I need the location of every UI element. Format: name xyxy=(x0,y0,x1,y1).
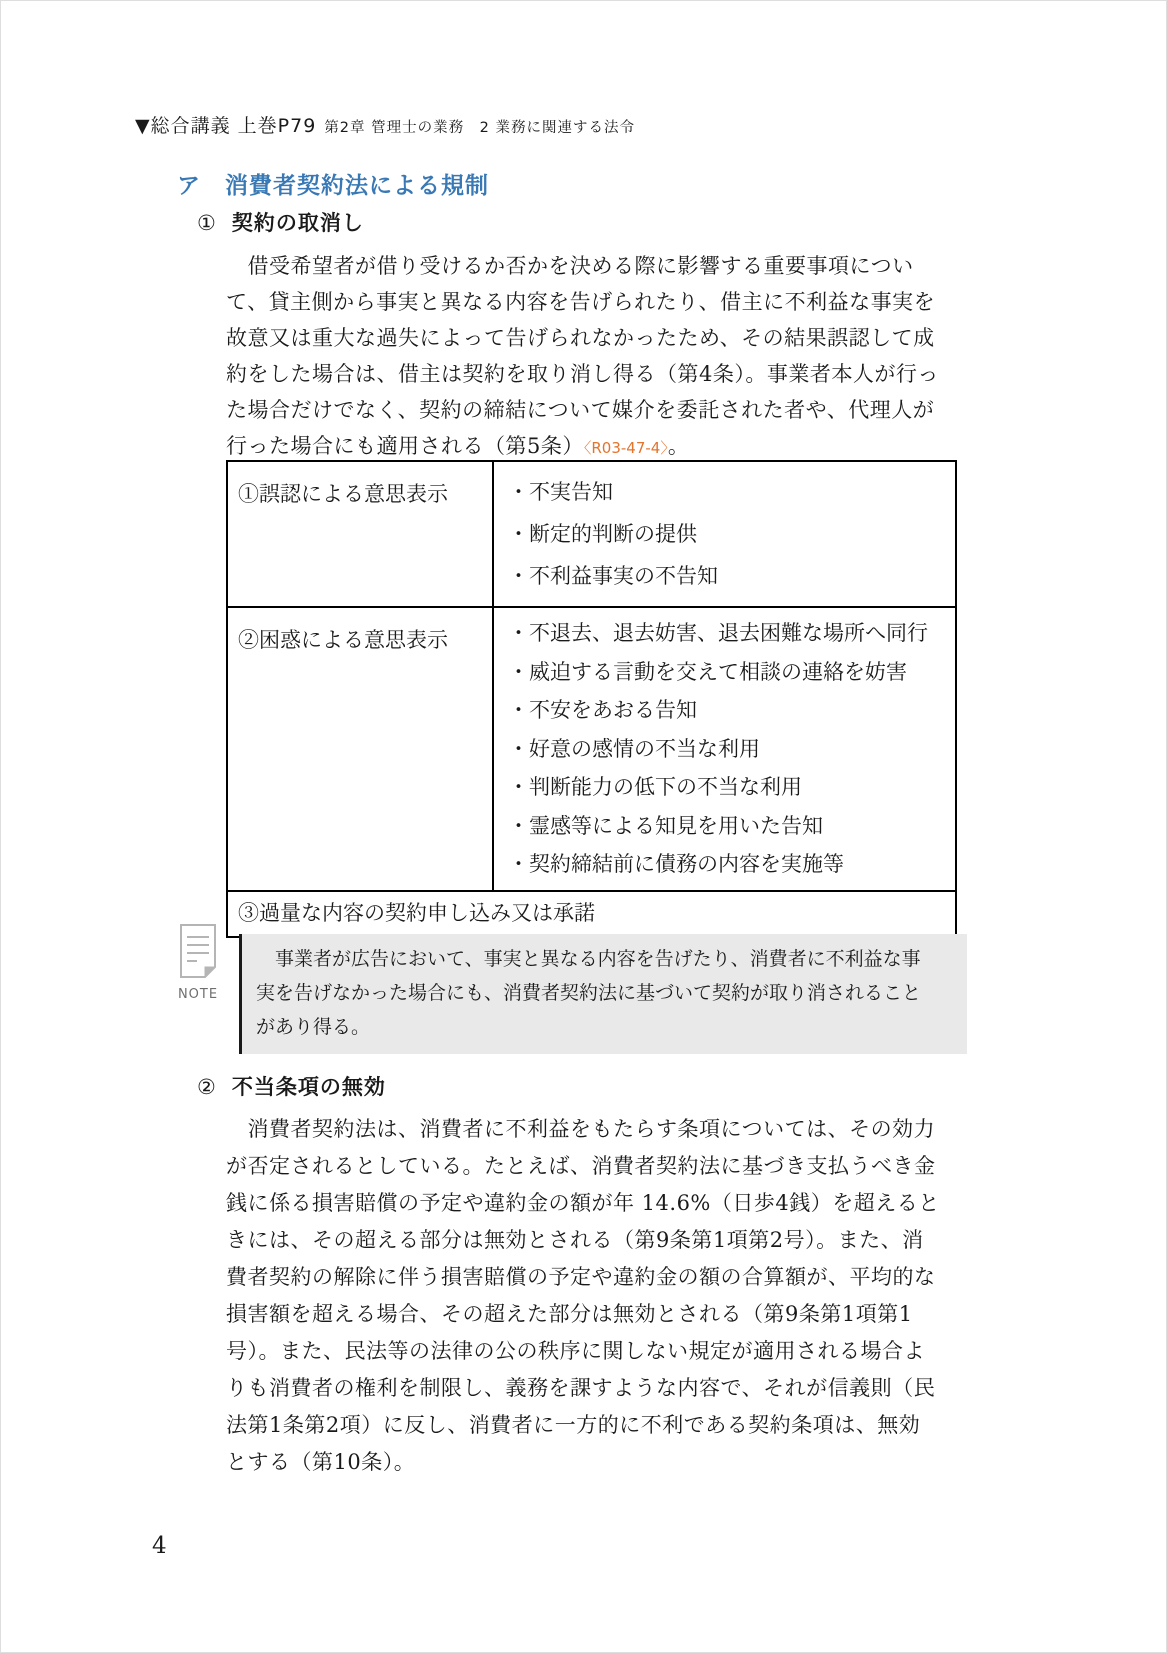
text-line: が否定されるとしている。たとえば、消費者契約法に基づき支払うべき金 xyxy=(226,1148,968,1185)
text-line: 損害額を超える場合、その超えた部分は無効とされる（第9条第1項第1 xyxy=(226,1296,968,1333)
text-line: きには、その超える部分は無効とされる（第9条第1項第2号）。また、消 xyxy=(226,1222,968,1259)
text-line: た場合だけでなく、契約の締結について媒介を委託された者や、代理人が xyxy=(226,392,968,428)
text-line: 費者契約の解除に伴う損害賠償の予定や違約金の額の合算額が、平均的な xyxy=(226,1259,968,1296)
line-text: 行った場合にも適用される（第5条） xyxy=(226,434,584,458)
line-text: 。 xyxy=(668,434,690,458)
exam-reference-tag: 〈R03-47-4〉 xyxy=(584,439,668,457)
text-line: ・判断能力の低下の不当な利用 xyxy=(508,768,949,807)
note-icon: NOTE xyxy=(167,923,229,1002)
paragraph-lines: 借受希望者が借り受けるか否かを決める際に影響する重要事項について、貸主側から事実… xyxy=(226,248,968,428)
text-line: 消費者契約法は、消費者に不利益をもたらす条項については、その効力 xyxy=(226,1111,968,1148)
table-row-label: ②困惑による意思表示 xyxy=(228,608,494,890)
text-line: 事業者が広告において、事実と異なる内容を告げたり、消費者に不利益な事 xyxy=(256,942,955,976)
table-row: ②困惑による意思表示 ・不退去、退去妨害、退去困難な場所へ同行・威迫する言動を交… xyxy=(228,608,955,892)
table-row: ①誤認による意思表示 ・不実告知・断定的判断の提供・不利益事実の不告知 xyxy=(228,462,955,608)
text-line: とする（第10条）。 xyxy=(226,1444,968,1481)
subsection-title: 不当条項の無効 xyxy=(232,1075,386,1099)
section-label: ア xyxy=(177,173,201,199)
cancellation-grounds-table: ①誤認による意思表示 ・不実告知・断定的判断の提供・不利益事実の不告知 ②困惑に… xyxy=(226,460,957,938)
text-line: ・不利益事実の不告知 xyxy=(508,555,949,597)
text-line: 故意又は重大な過失によって告げられなかったため、その結果誤認して成 xyxy=(226,320,968,356)
text-line: 借受希望者が借り受けるか否かを決める際に影響する重要事項につい xyxy=(226,248,968,284)
down-triangle-marker: ▼ xyxy=(135,115,151,137)
header-title: ▼総合講義 上巻P79 xyxy=(135,115,316,137)
page-header: ▼総合講義 上巻P79第2章 管理士の業務 2 業務に関連する法令 xyxy=(135,111,635,138)
section-heading: ア消費者契約法による規制 xyxy=(177,167,489,200)
paragraph-contract-cancellation: 借受希望者が借り受けるか否かを決める際に影響する重要事項について、貸主側から事実… xyxy=(226,248,968,466)
text-line: ・不実告知 xyxy=(508,471,949,513)
subsection-title: 契約の取消し xyxy=(232,211,364,235)
note-box: 事業者が広告において、事実と異なる内容を告げたり、消費者に不利益な事実を告げなか… xyxy=(239,934,967,1054)
header-subtitle: 第2章 管理士の業務 2 業務に関連する法令 xyxy=(324,120,635,136)
text-line: 銭に係る損害賠償の予定や違約金の額が年 14.6%（日歩4銭）を超えると xyxy=(226,1185,968,1222)
text-line: ・契約締結前に債務の内容を実施等 xyxy=(508,845,949,884)
text-line: ・不退去、退去妨害、退去困難な場所へ同行 xyxy=(508,614,949,653)
circled-number: ② xyxy=(197,1075,216,1099)
text-line: があり得る。 xyxy=(256,1010,955,1044)
text-line: 法第1条第2項）に反し、消費者に一方的に不利である契約条項は、無効 xyxy=(226,1407,968,1444)
text-line: ・霊感等による知見を用いた告知 xyxy=(508,807,949,846)
paragraph-invalid-clauses: 消費者契約法は、消費者に不利益をもたらす条項については、その効力が否定されるとし… xyxy=(226,1111,968,1481)
note-page-icon xyxy=(175,923,221,981)
table-row-items: ・不退去、退去妨害、退去困難な場所へ同行・威迫する言動を交えて相談の連絡を妨害・… xyxy=(494,608,955,890)
table-row-full-width: ③過量な内容の契約申し込み又は承諾 xyxy=(228,892,955,936)
section-title: 消費者契約法による規制 xyxy=(225,173,489,199)
text-line: ・不安をあおる告知 xyxy=(508,691,949,730)
text-line: 約をした場合は、借主は契約を取り消し得る（第4条）。事業者本人が行っ xyxy=(226,356,968,392)
text-line: ・好意の感情の不当な利用 xyxy=(508,730,949,769)
text-line: 実を告げなかった場合にも、消費者契約法に基づいて契約が取り消されること xyxy=(256,976,955,1010)
text-line: ・威迫する言動を交えて相談の連絡を妨害 xyxy=(508,653,949,692)
subsection-heading-cancellation: ①契約の取消し xyxy=(197,207,364,237)
text-line: て、貸主側から事実と異なる内容を告げられたり、借主に不利益な事実を xyxy=(226,284,968,320)
subsection-heading-invalid-clauses: ②不当条項の無効 xyxy=(197,1071,386,1101)
circled-number: ① xyxy=(197,211,216,235)
note-icon-label: NOTE xyxy=(167,987,229,1002)
document-page: ▼総合講義 上巻P79第2章 管理士の業務 2 業務に関連する法令 ア消費者契約… xyxy=(0,0,1167,1653)
table-row-label: ①誤認による意思表示 xyxy=(228,462,494,606)
text-line: りも消費者の権利を制限し、義務を課すような内容で、それが信義則（民 xyxy=(226,1370,968,1407)
text-line: ・断定的判断の提供 xyxy=(508,513,949,555)
text-line: 号）。また、民法等の法律の公の秩序に関しない規定が適用される場合よ xyxy=(226,1333,968,1370)
page-number: 4 xyxy=(152,1533,167,1559)
table-row-items: ・不実告知・断定的判断の提供・不利益事実の不告知 xyxy=(494,462,955,606)
